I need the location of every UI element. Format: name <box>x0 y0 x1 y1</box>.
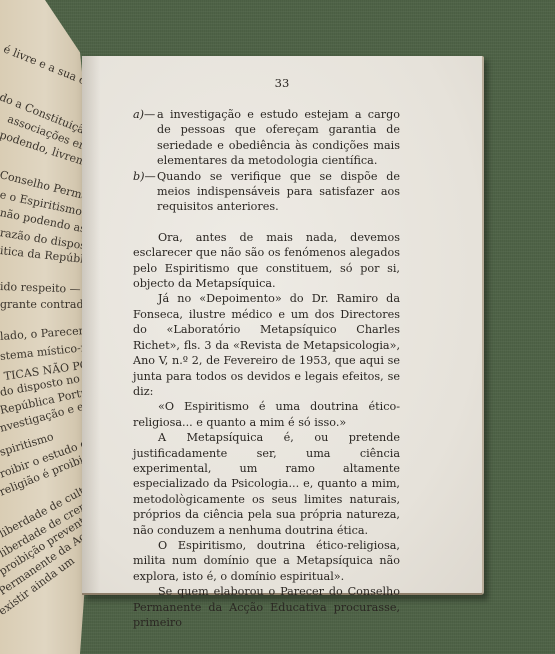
left-page: é livre e a sua cto- do a Constituição -… <box>0 0 90 654</box>
paragraph: Se quem elaborou o Parecer do Conselho P… <box>133 584 400 630</box>
quote-paragraph: «O Espiritismo é uma doutrina ético-reli… <box>133 399 400 430</box>
spacer <box>133 215 400 230</box>
right-page: 33 a)— a investigação e estudo estejam a… <box>82 56 484 595</box>
page-number: 33 <box>82 76 482 90</box>
paragraph: A Metapsíquica é, ou pretende justificad… <box>133 430 400 538</box>
paragraph: O Espiritismo, doutrina ético-religiosa,… <box>133 538 400 584</box>
list-marker: a)— <box>133 107 155 122</box>
paragraph: Ora, antes de mais nada, devemos esclare… <box>133 230 400 292</box>
list-item-a: a)— a investigação e estudo estejam a ca… <box>133 107 400 169</box>
body-text: a)— a investigação e estudo estejam a ca… <box>133 107 400 630</box>
list-marker: b)— <box>133 169 156 184</box>
list-item-text: a investigação e estudo estejam a cargo … <box>157 108 400 167</box>
list-item-text: Quando se verifique que se dispõe de mei… <box>157 170 400 214</box>
paragraph: Já no «Depoimento» do Dr. Ramiro da Fons… <box>133 291 400 399</box>
list-item-b: b)— Quando se verifique que se dispõe de… <box>133 169 400 215</box>
